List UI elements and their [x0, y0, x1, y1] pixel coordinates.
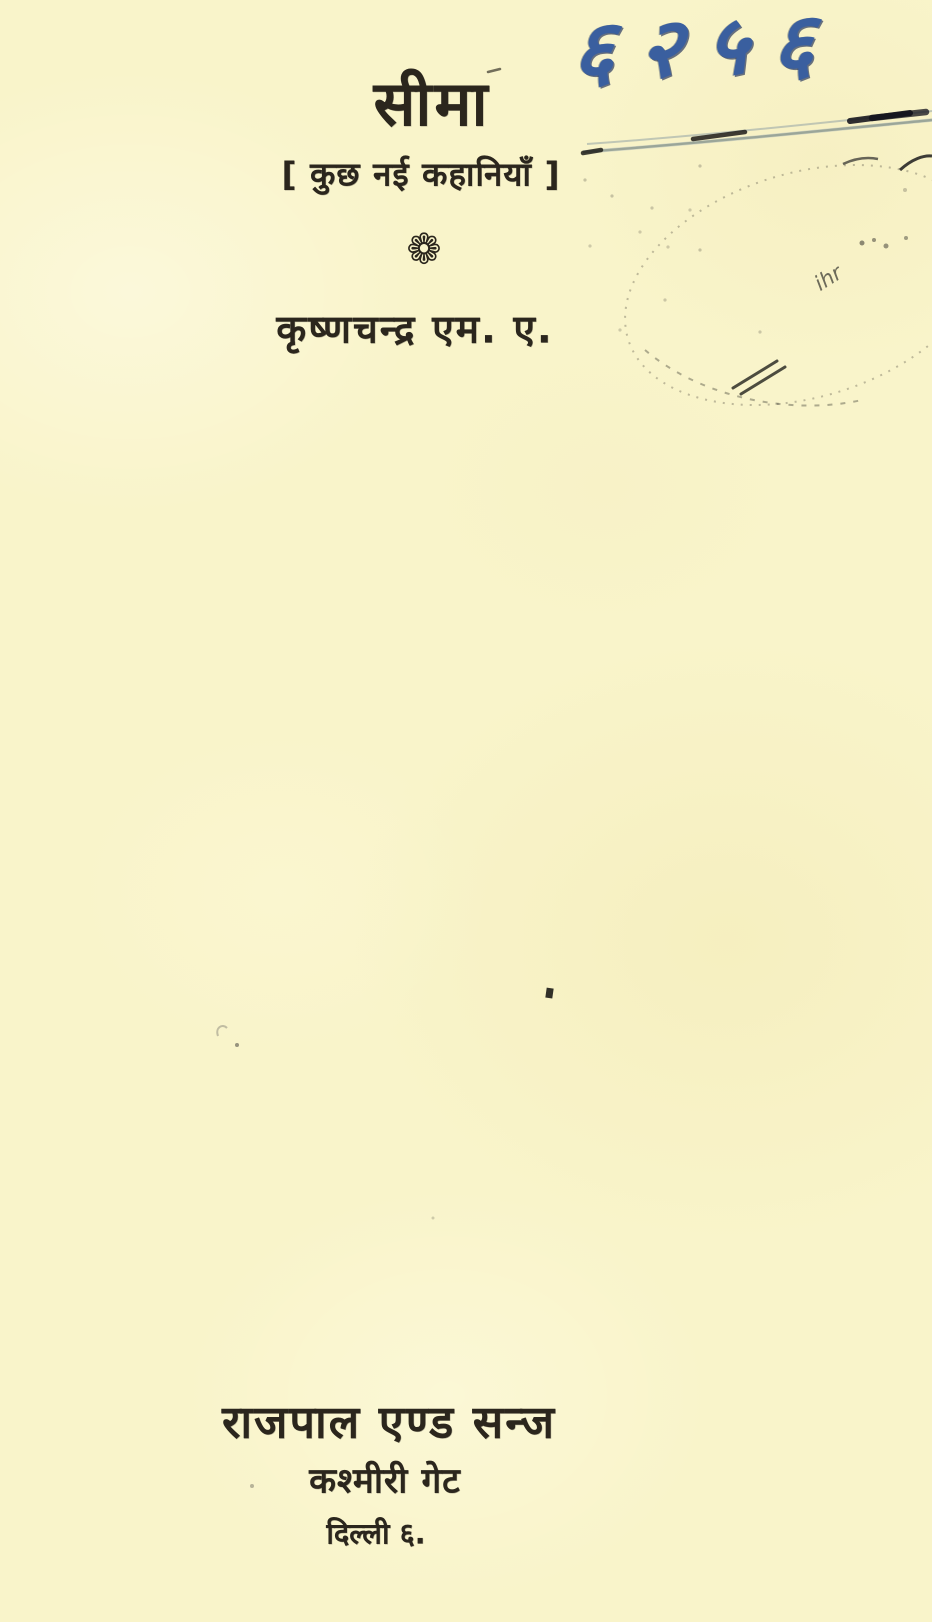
publisher-name: राजपाल एण्ड सन्ज [222, 1391, 556, 1452]
publisher-address: कश्मीरी गेट [309, 1457, 461, 1504]
stamp-scribble-text: ihr [810, 260, 847, 296]
handwritten-accession-number: ६२५६ [568, 0, 844, 104]
library-stamp: ihr [595, 124, 932, 446]
rosette-ornament-icon: ❁ [406, 225, 441, 274]
publisher-city: दिल्ली ६. [326, 1514, 425, 1553]
strikethrough-scribble [583, 111, 932, 153]
ink-marks-overlay: ihr [0, 0, 932, 1622]
book-subtitle: [ कुछ नई कहानियाँ ] [281, 151, 560, 196]
paper-texture [0, 0, 932, 1622]
book-title-page: सीमा [ कुछ नई कहानियाँ ] ❁ कृष्णचन्द्र ए… [0, 0, 932, 1622]
author-name: कृष्णचन्द्र एम. ए. [276, 302, 553, 355]
book-title: सीमा [373, 60, 490, 144]
ink-specks [217, 69, 907, 1488]
